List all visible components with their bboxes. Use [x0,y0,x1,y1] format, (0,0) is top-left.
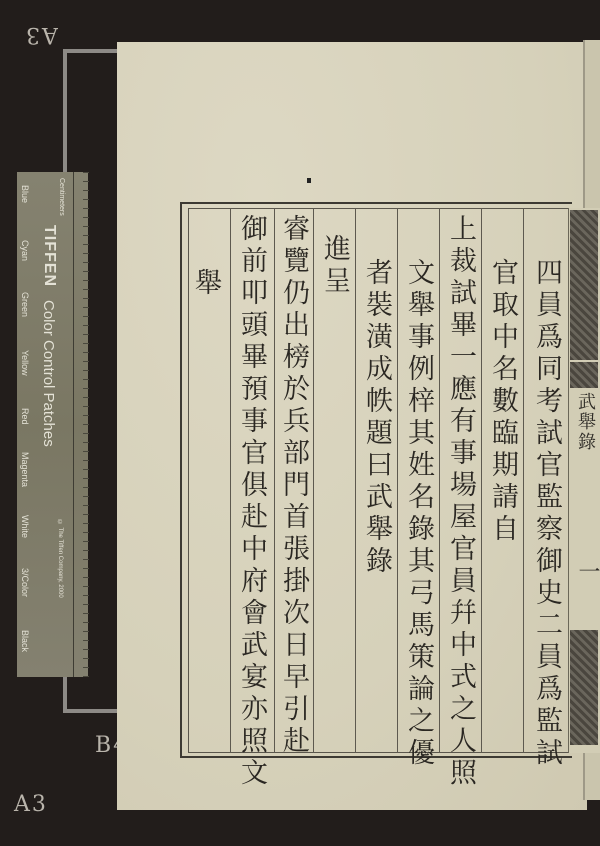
patch-label-yellow: Yellow [20,350,30,376]
card-scale-label: Centimeters [58,178,65,216]
ink-speck [307,178,311,183]
text-column-4: 文舉事例梓其姓名錄其弓馬策論之優 [399,258,437,770]
patch-label-magenta: Magenta [20,452,30,487]
text-column-2: 官取中名數臨期請自 [483,258,521,546]
column-rule [397,208,398,753]
black-mouth-bottom [570,630,598,745]
card-copyright: © The Tiffen Company, 2000 [57,520,63,598]
column-rule [481,208,482,753]
text-column-5: 者裝潢成帙題曰武舉錄 [357,258,395,578]
text-column-1: 四員爲同考試官監察御史二員爲監試 [527,258,565,770]
patch-label-blue: Blue [20,185,30,203]
column-rule [355,208,356,753]
card-brand: TIFFEN [40,225,58,287]
patch-label-cyan: Cyan [20,240,30,261]
column-rule [439,208,440,753]
black-mouth-top [570,210,598,360]
card-title: Color Control Patches [40,300,57,447]
text-column-8: 御前叩頭畢預事官俱赴中府會武宴亦照文 [232,214,270,790]
fishtail-mark [570,362,598,388]
patch-label-green: Green [20,292,30,317]
text-column-3: 上裁試畢一應有事場屋官員幷中式之人照 [441,214,479,790]
text-column-9: 舉 [186,268,224,300]
label-a3-bottom: A3 [14,792,48,817]
patch-label-white: White [20,515,30,538]
label-a3-top: A3 [24,22,58,47]
margin-page-number: 一 [572,560,600,582]
column-rule [230,208,231,753]
patch-label-red: Red [20,408,30,425]
text-column-7: 睿覽仍出榜於兵部門首張掛次日早引赴 [274,214,312,758]
ruler-scale [73,172,89,677]
margin-title: 武舉錄 [572,392,598,452]
text-column-6: 進呈 [315,234,353,298]
column-rule [523,208,524,753]
patch-label-3color: 3/Color [20,568,30,597]
patch-label-black: Black [20,630,30,652]
column-rule [313,208,314,753]
